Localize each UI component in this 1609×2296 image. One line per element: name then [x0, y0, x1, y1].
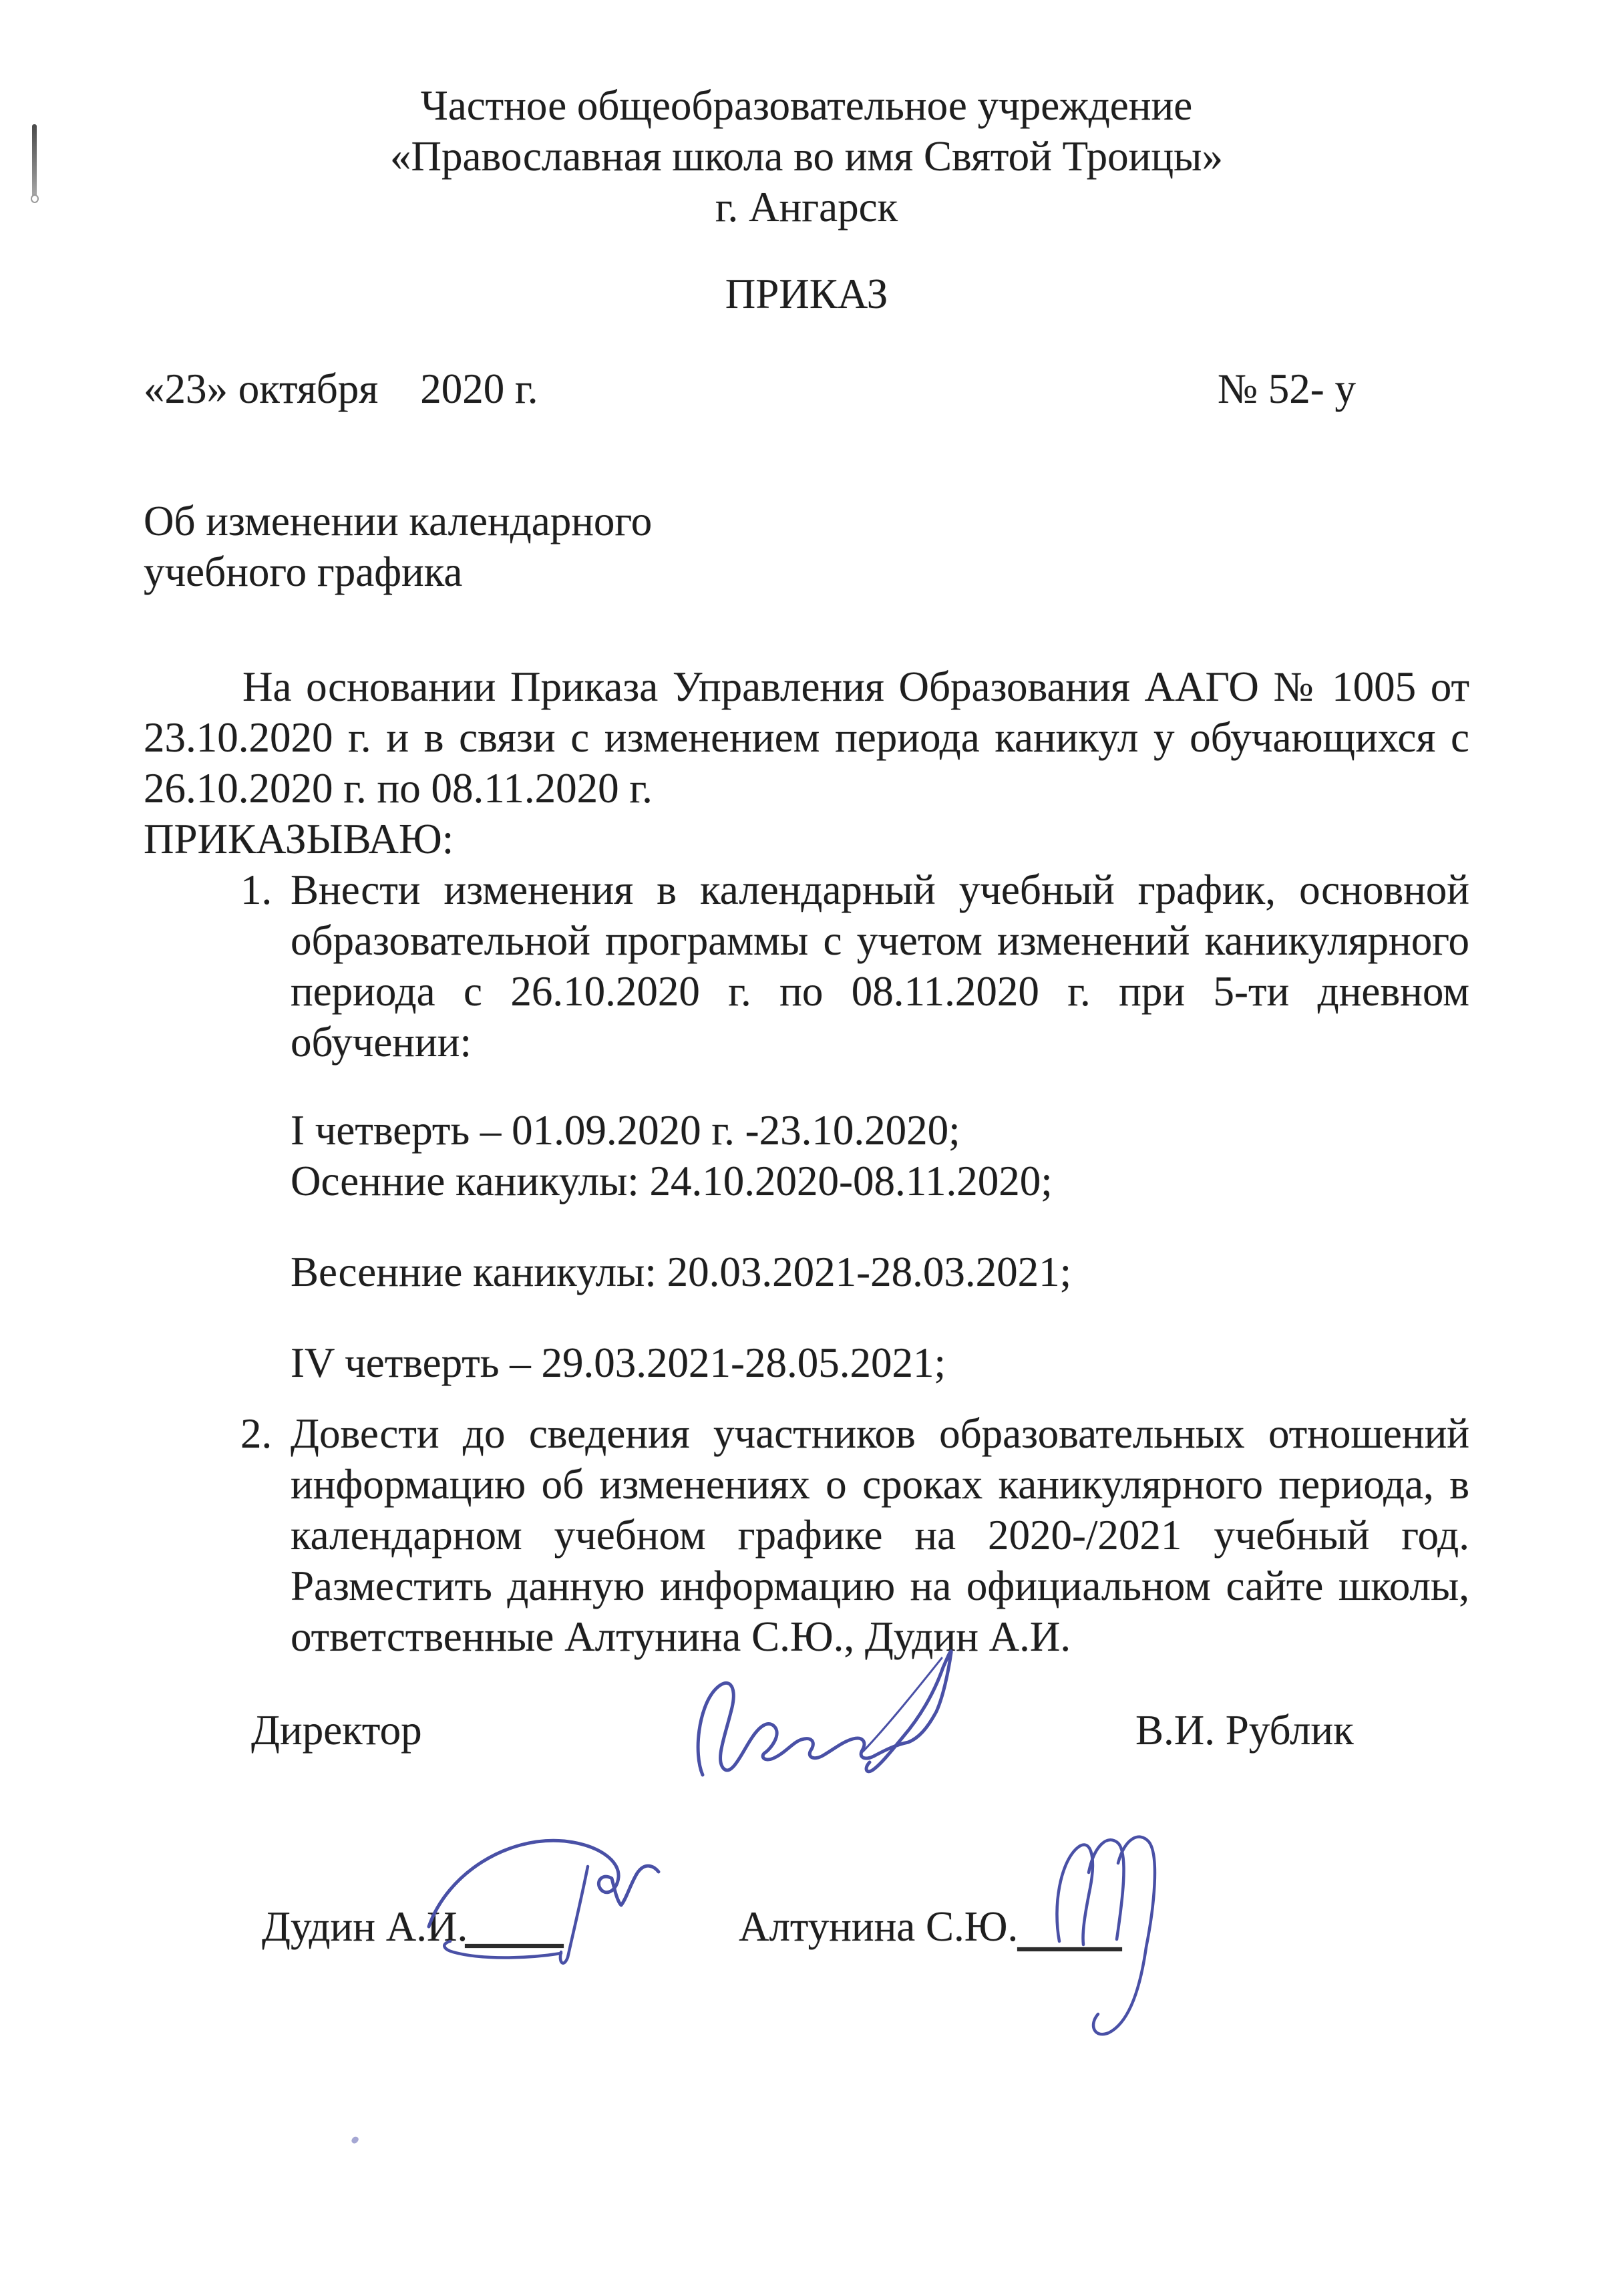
signature-line: [1017, 1947, 1122, 1951]
schedule-line: I четверть – 01.09.2020 г. -23.10.2020;: [291, 1105, 1469, 1156]
document-header: Частное общеобразовательное учреждение «…: [144, 80, 1469, 232]
schedule-line: IV четверть – 29.03.2021-28.05.2021;: [291, 1337, 1469, 1388]
order-word: ПРИКАЗЫВАЮ:: [144, 814, 1469, 864]
date-number-row: «23» октября 2020 г. № 52- у: [144, 363, 1469, 414]
document-subject: Об изменении календарного учебного графи…: [144, 496, 1469, 597]
subject-line2: учебного графика: [144, 546, 1469, 597]
director-name: В.И. Рублик: [1135, 1705, 1354, 1756]
subject-line1: Об изменении календарного: [144, 496, 1469, 546]
schedule-line: Осенние каникулы: 24.10.2020-08.11.2020;: [291, 1156, 1469, 1206]
document-page: Частное общеобразовательное учреждение «…: [0, 0, 1609, 2296]
order-item-number: 1.: [144, 864, 291, 915]
signer2-name: Дудин А.И.: [262, 1901, 468, 1952]
director-label: Директор: [251, 1705, 422, 1756]
order-item-text: Довести до сведения участников образоват…: [291, 1408, 1469, 1662]
document-number: № 52- у: [1218, 363, 1356, 414]
signature-line: [465, 1944, 564, 1948]
order-item-text: Внести изменения в календарный учебный г…: [291, 864, 1469, 1068]
signer3-signature: [1035, 1804, 1176, 2038]
schedule-line: Весенние каникулы: 20.03.2021-28.03.2021…: [291, 1247, 1469, 1297]
preamble-paragraph: На основании Приказа Управления Образова…: [144, 661, 1469, 814]
document-date: «23» октября 2020 г.: [144, 363, 538, 414]
org-name-line2: «Православная школа во имя Святой Троицы…: [144, 131, 1469, 182]
signer3-name: Алтунина С.Ю.: [739, 1901, 1018, 1952]
document-type-title: ПРИКАЗ: [144, 269, 1469, 319]
scan-artifact-speck: [351, 2135, 360, 2144]
order-item: 1. Внести изменения в календарный учебны…: [144, 864, 1469, 1068]
order-item-number: 2.: [144, 1408, 291, 1459]
org-city: г. Ангарск: [144, 182, 1469, 232]
document-content: Частное общеобразовательное учреждение «…: [144, 80, 1469, 1956]
scan-artifact-line: [32, 124, 37, 198]
order-item: 2. Довести до сведения участников образо…: [144, 1408, 1469, 1662]
org-name-line1: Частное общеобразовательное учреждение: [144, 80, 1469, 131]
signature-row-staff: Дудин А.И. Алтунина С.Ю.: [144, 1901, 1469, 1956]
signature-row-director: Директор В.И. Рублик: [144, 1705, 1469, 1756]
